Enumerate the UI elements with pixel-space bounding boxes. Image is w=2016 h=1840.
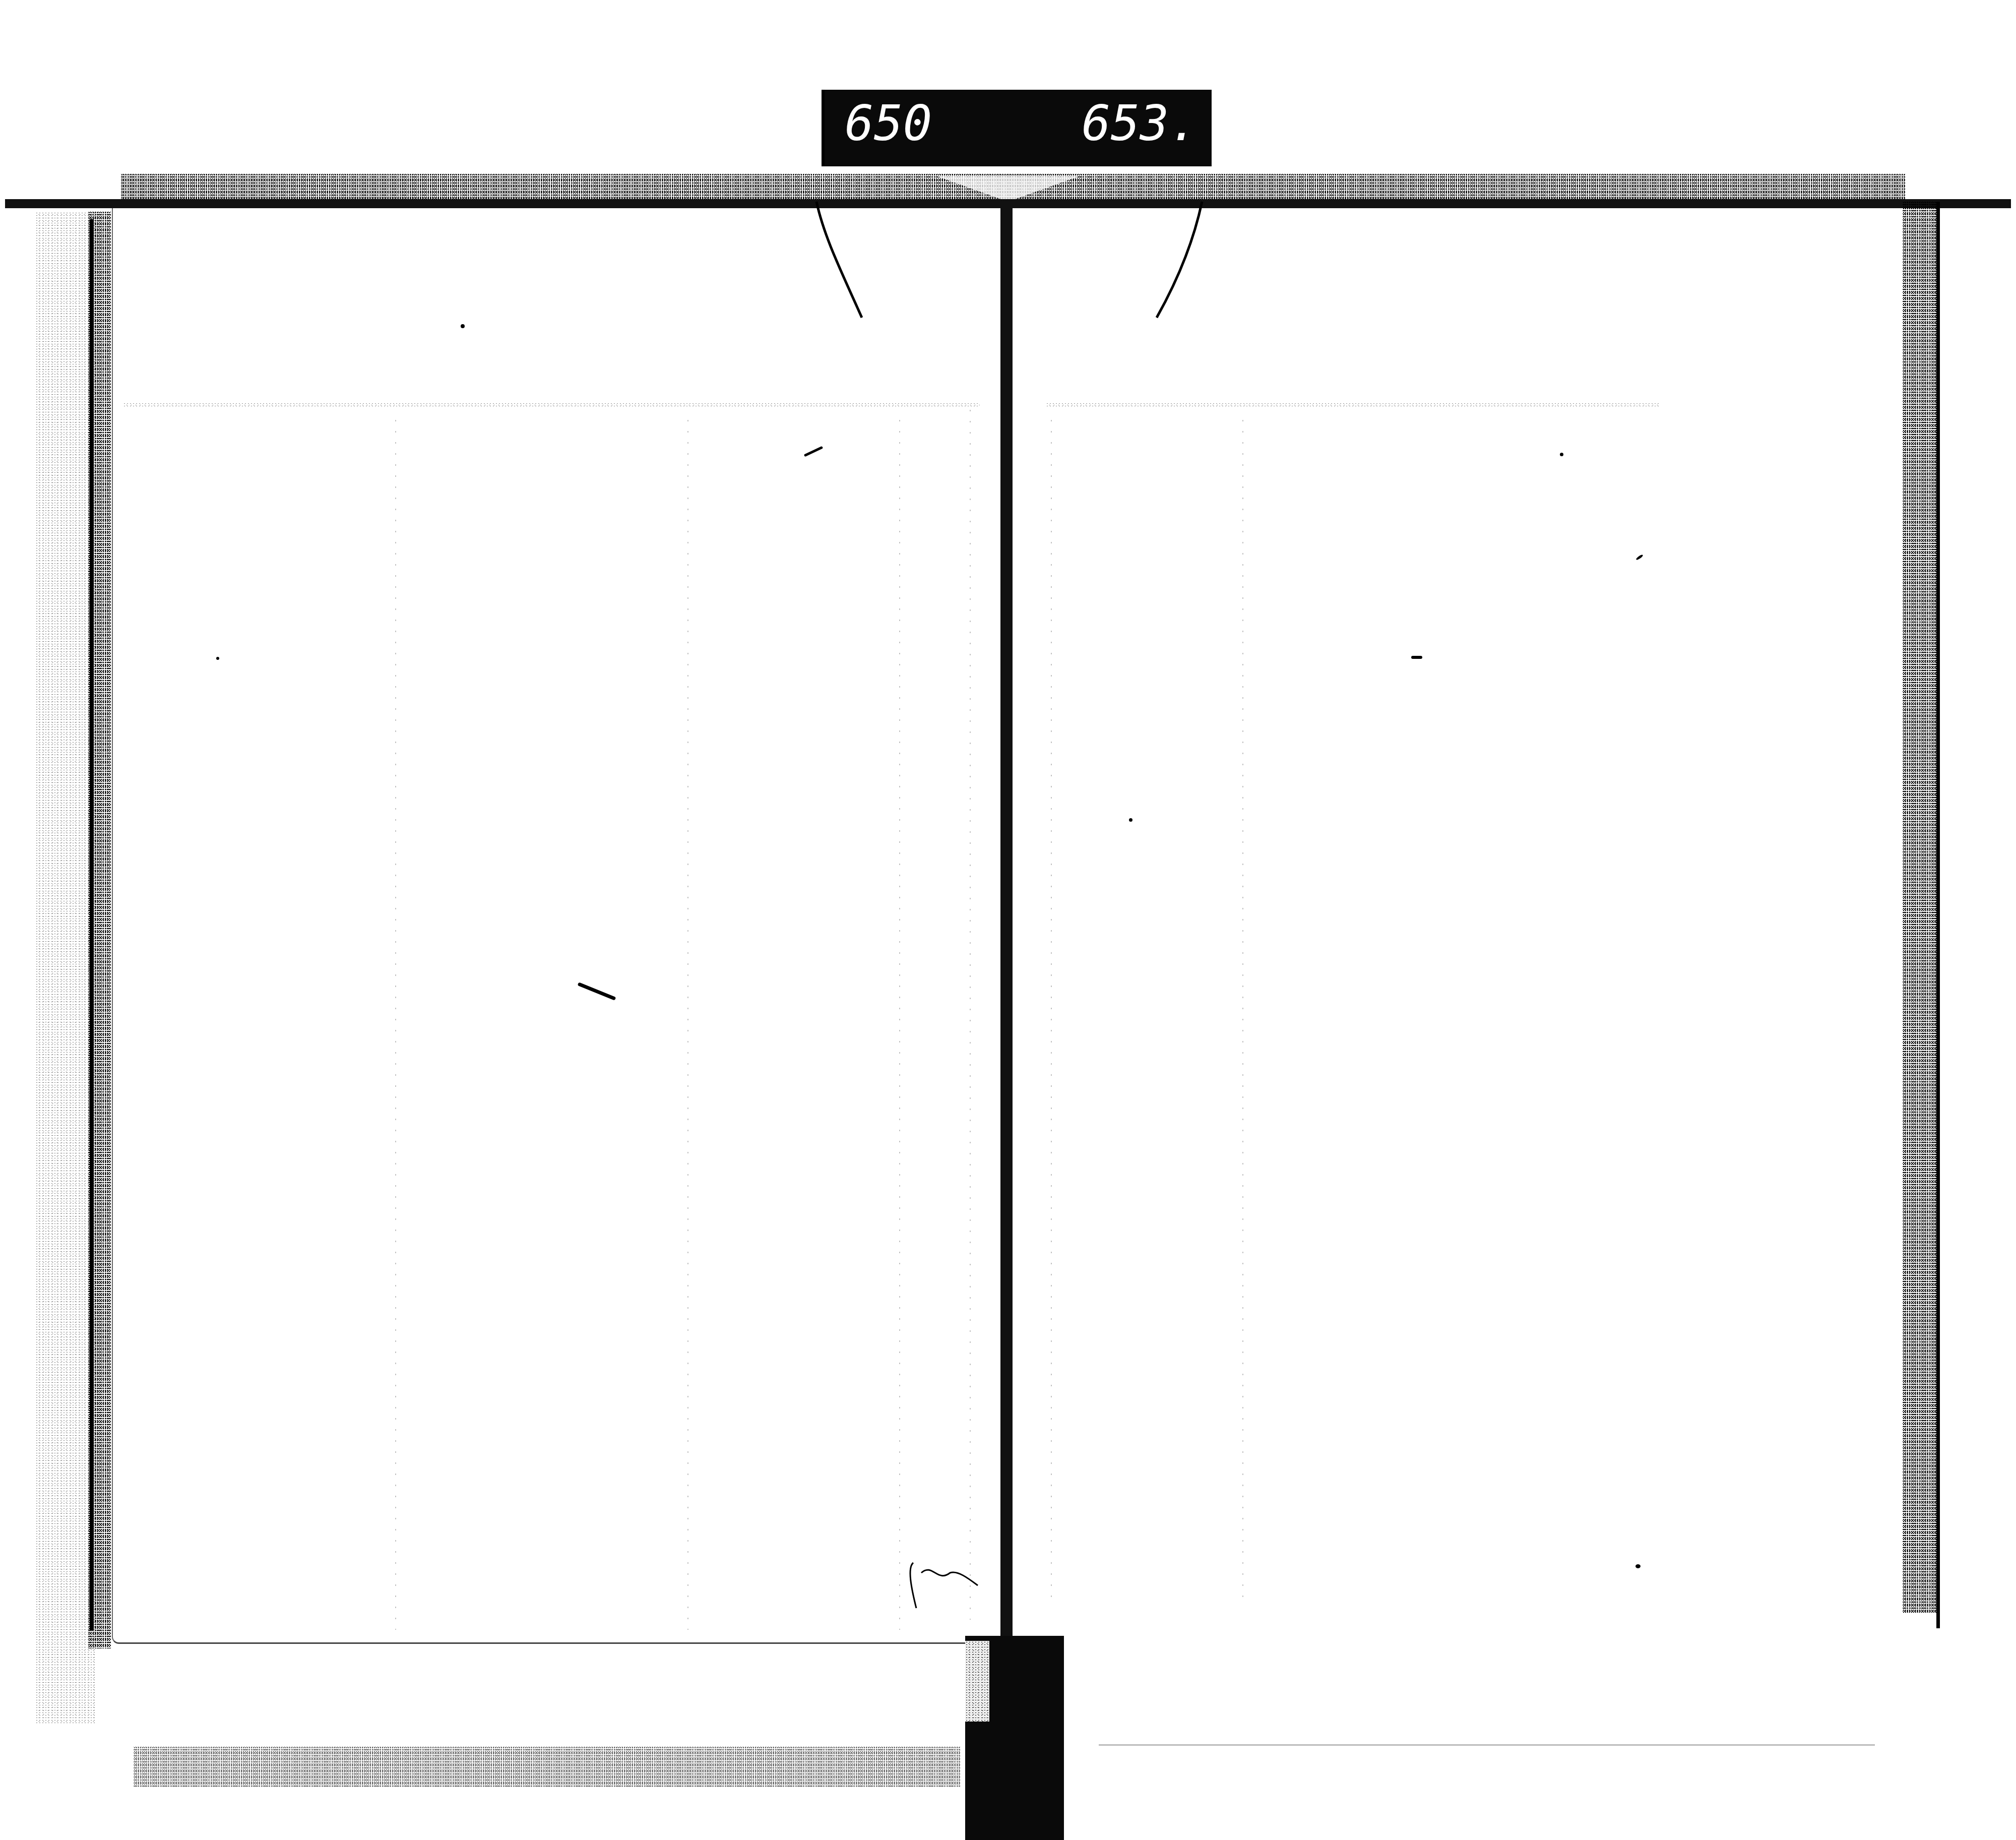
right-page-header-rule	[1046, 402, 1661, 406]
ink-stroke	[1635, 554, 1644, 561]
ink-spot	[1560, 453, 1563, 456]
ink-spot	[216, 657, 219, 660]
left-page-edge-line	[90, 219, 94, 1631]
handwritten-mark	[902, 1558, 1003, 1613]
left-page-column-rule	[899, 420, 900, 1630]
ink-stroke	[804, 446, 823, 457]
ink-stroke	[578, 982, 616, 1000]
bottom-page-edge	[1099, 1744, 1875, 1746]
spine-clamp-highlight	[965, 1641, 989, 1722]
right-page-stack-edge	[1903, 202, 1938, 1613]
left-page	[112, 208, 1005, 1644]
ink-stroke	[1411, 656, 1422, 659]
left-page-header-rule	[123, 402, 980, 406]
ink-spot	[1129, 818, 1132, 822]
left-page-shadow	[35, 212, 96, 1724]
frame-counter-right: 653.	[1082, 101, 1198, 146]
frame-counter: 650 653.	[822, 90, 1212, 166]
frame-counter-left: 650	[845, 101, 932, 146]
right-page	[1016, 208, 1903, 1630]
right-page-margin-rule	[1051, 420, 1052, 1605]
ink-spot	[1635, 1564, 1641, 1568]
left-page-column-rule	[395, 420, 396, 1630]
gutter-curves	[781, 197, 1235, 373]
left-page-margin-rule	[970, 410, 971, 1620]
right-page-edge-line	[1936, 202, 1940, 1628]
book-spine	[1000, 204, 1013, 1651]
bottom-page-shadow	[134, 1747, 960, 1787]
left-page-column-rule	[687, 420, 688, 1630]
right-page-column-rule	[1242, 420, 1243, 1605]
ink-spot	[461, 324, 465, 328]
right-gutter-curve	[1157, 202, 1202, 318]
document-scan: { "document": { "type": "book-spread-sca…	[0, 0, 2016, 1840]
left-gutter-curve	[816, 202, 862, 318]
